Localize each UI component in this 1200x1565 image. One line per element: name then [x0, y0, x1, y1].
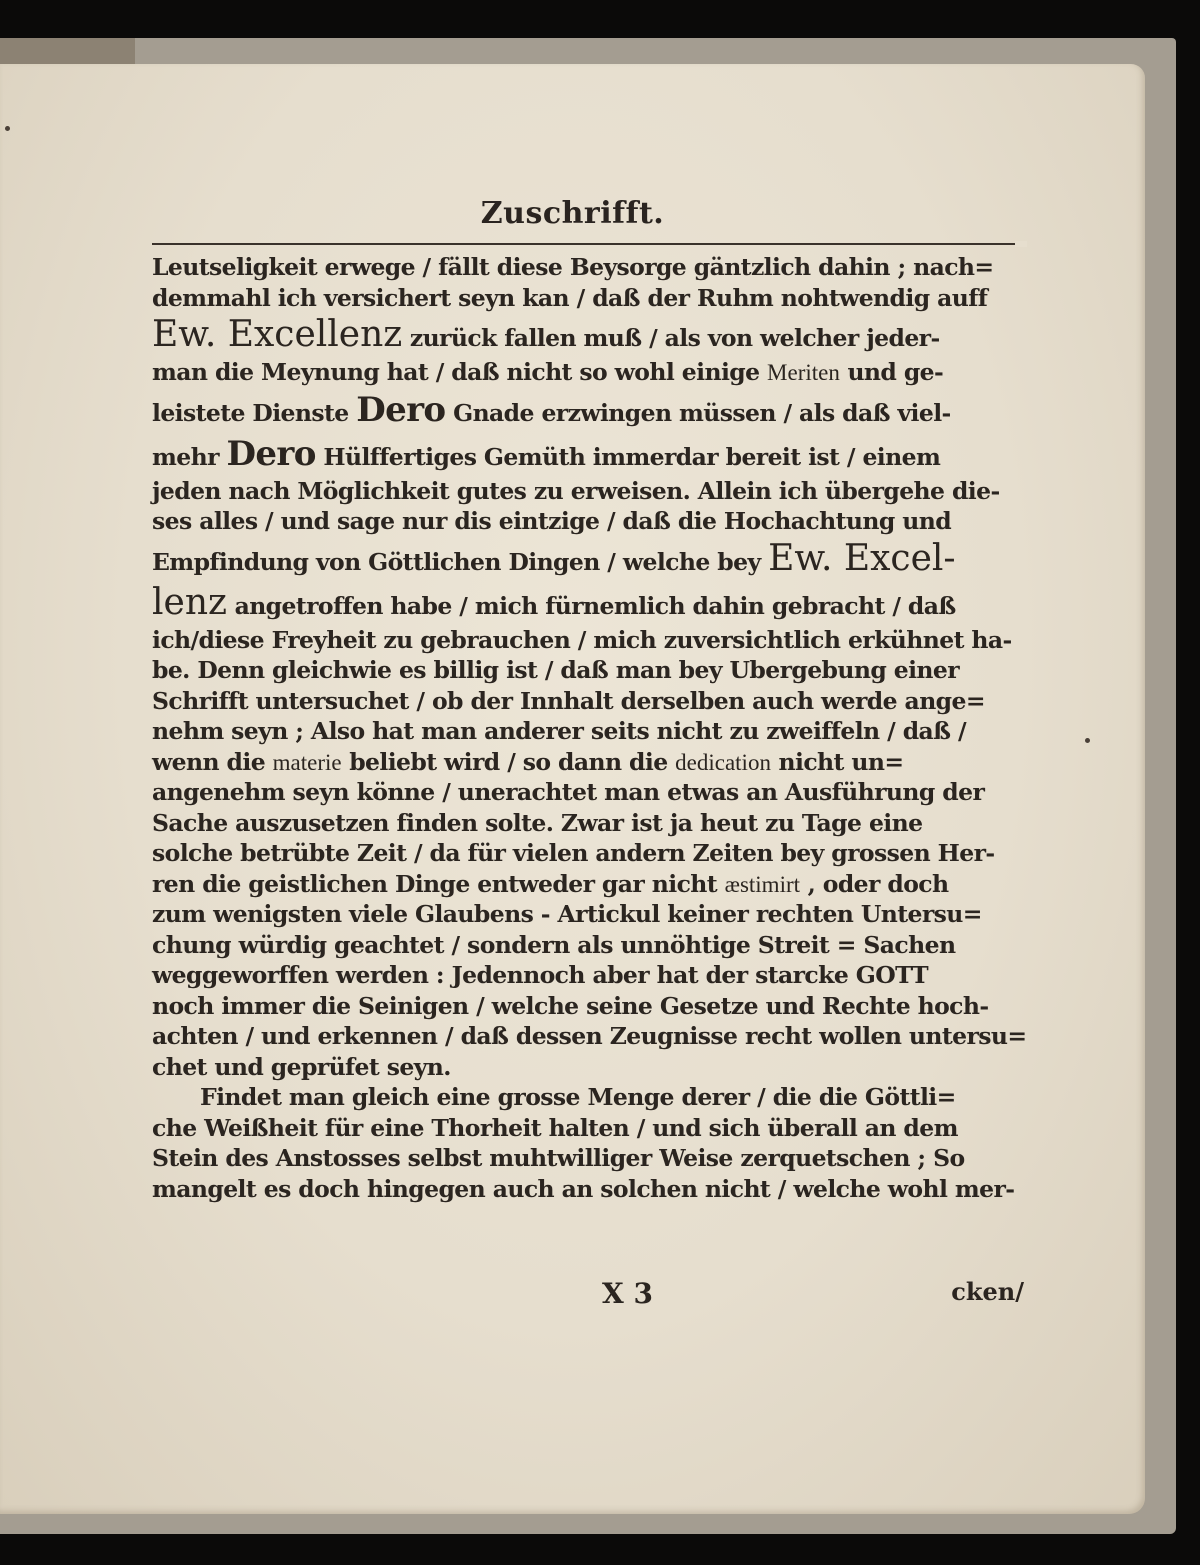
- line-text: Stein des Anstosses selbst muhtwilliger …: [152, 1143, 965, 1174]
- text-line: mangelt es doch hingegen auch an solchen…: [152, 1174, 1024, 1205]
- signature-mark: X 3: [602, 1277, 653, 1310]
- line-text: , oder doch: [800, 870, 948, 898]
- line-text: noch immer die Seinigen / welche seine G…: [152, 991, 989, 1022]
- line-text: Gnade erzwingen müssen / als daß viel-: [446, 399, 951, 427]
- excellenz-title: Ew. Excel-: [768, 538, 955, 579]
- dero-word: Dero: [356, 390, 445, 430]
- line-text: nehm seyn ; Also hat man anderer seits n…: [152, 716, 966, 747]
- text-line: che Weißheit für eine Thorheit halten / …: [152, 1113, 1024, 1144]
- text-line: lenz angetroffen habe / mich fürnemlich …: [152, 581, 1024, 625]
- page-footer: X 3 cken/: [152, 1277, 1024, 1317]
- line-text: solche betrübte Zeit / da für vielen and…: [152, 838, 995, 869]
- text-line: Empfindung von Göttlichen Dingen / welch…: [152, 537, 1024, 581]
- text-line: be. Denn gleichwie es billig ist / daß m…: [152, 655, 1024, 686]
- line-text: be. Denn gleichwie es billig ist / daß m…: [152, 655, 959, 686]
- line-text: mangelt es doch hingegen auch an solchen…: [152, 1174, 1014, 1205]
- text-line: Leutseligkeit erwege / fällt diese Beyso…: [152, 252, 1024, 283]
- text-line: chung würdig geachtet / sondern als unnö…: [152, 930, 1024, 961]
- catchword: cken/: [951, 1277, 1024, 1306]
- text-line: ses alles / und sage nur dis eintzige / …: [152, 506, 1024, 537]
- text-line: mehr Dero Hülffertiges Gemüth immerdar b…: [152, 432, 1024, 476]
- line-text: angenehm seyn könne / unerachtet man etw…: [152, 777, 984, 808]
- line-text: Sache auszusetzen finden solte. Zwar ist…: [152, 808, 922, 839]
- text-line: man die Meynung hat / daß nicht so wohl …: [152, 357, 1024, 388]
- header-rule: [152, 243, 1024, 245]
- line-text: Hülffertiges Gemüth immerdar bereit ist …: [316, 443, 940, 471]
- text-line: Findet man gleich eine grosse Menge dere…: [152, 1082, 1024, 1113]
- ink-speck: [5, 126, 10, 131]
- line-text: Findet man gleich eine grosse Menge dere…: [200, 1082, 956, 1113]
- line-text: demmahl ich versichert seyn kan / daß de…: [152, 283, 987, 314]
- body-text: Leutseligkeit erwege / fällt diese Beyso…: [152, 252, 1024, 1204]
- text-line: ich/diese Freyheit zu gebrauchen / mich …: [152, 625, 1024, 656]
- text-line: jeden nach Möglichkeit gutes zu erweisen…: [152, 476, 1024, 507]
- rule-gap: [1015, 241, 1027, 247]
- line-text: Empfindung von Göttlichen Dingen / welch…: [152, 548, 768, 576]
- excellenz-title: lenz: [152, 582, 227, 623]
- text-line: wenn die materie beliebt wird / so dann …: [152, 747, 1024, 778]
- line-text: angetroffen habe / mich fürnemlich dahin…: [227, 592, 956, 620]
- line-text: leistete Dienste: [152, 399, 356, 427]
- line-text: wenn die: [152, 748, 273, 776]
- text-line: zum wenigsten viele Glaubens - Artickul …: [152, 899, 1024, 930]
- line-text: chet und geprüfet seyn.: [152, 1052, 451, 1083]
- antiqua-word: dedication: [675, 750, 771, 775]
- text-line: Sache auszusetzen finden solte. Zwar ist…: [152, 808, 1024, 839]
- text-line: achten / und erkennen / daß dessen Zeugn…: [152, 1021, 1024, 1052]
- running-head: Zuschrifft.: [0, 196, 1145, 231]
- antiqua-word: materie: [273, 750, 342, 775]
- line-text: zum wenigsten viele Glaubens - Artickul …: [152, 899, 982, 930]
- text-line: angenehm seyn könne / unerachtet man etw…: [152, 777, 1024, 808]
- excellenz-title: Ew. Excellenz: [152, 314, 402, 355]
- antiqua-word: æstimirt: [725, 872, 800, 897]
- dero-word: Dero: [226, 434, 315, 474]
- line-text: nicht un=: [771, 748, 904, 776]
- line-text: zurück fallen muß / als von welcher jede…: [402, 324, 939, 352]
- line-text: Schrifft untersuchet / ob der Innhalt de…: [152, 686, 985, 717]
- text-line: demmahl ich versichert seyn kan / daß de…: [152, 283, 1024, 314]
- text-line: weggeworffen werden : Jedennoch aber hat…: [152, 960, 1024, 991]
- text-line: noch immer die Seinigen / welche seine G…: [152, 991, 1024, 1022]
- text-line: ren die geistlichen Dinge entweder gar n…: [152, 869, 1024, 900]
- line-text: che Weißheit für eine Thorheit halten / …: [152, 1113, 958, 1144]
- line-text: beliebt wird / so dann die: [342, 748, 676, 776]
- line-text: weggeworffen werden : Jedennoch aber hat…: [152, 960, 928, 991]
- text-line: Ew. Excellenz zurück fallen muß / als vo…: [152, 313, 1024, 357]
- text-line: nehm seyn ; Also hat man anderer seits n…: [152, 716, 1024, 747]
- line-text: ich/diese Freyheit zu gebrauchen / mich …: [152, 625, 1012, 656]
- line-text: und ge-: [840, 358, 943, 386]
- line-text: jeden nach Möglichkeit gutes zu erweisen…: [152, 476, 1000, 507]
- ink-speck: [1085, 738, 1090, 743]
- line-text: mehr: [152, 443, 226, 471]
- text-line: leistete Dienste Dero Gnade erzwingen mü…: [152, 388, 1024, 432]
- text-line: Schrifft untersuchet / ob der Innhalt de…: [152, 686, 1024, 717]
- line-text: ren die geistlichen Dinge entweder gar n…: [152, 870, 725, 898]
- text-line: chet und geprüfet seyn.: [152, 1052, 1024, 1083]
- board-edge: [0, 38, 135, 66]
- line-text: achten / und erkennen / daß dessen Zeugn…: [152, 1021, 1026, 1052]
- text-line: Stein des Anstosses selbst muhtwilliger …: [152, 1143, 1024, 1174]
- text-line: solche betrübte Zeit / da für vielen and…: [152, 838, 1024, 869]
- line-text: man die Meynung hat / daß nicht so wohl …: [152, 358, 767, 386]
- line-text: chung würdig geachtet / sondern als unnö…: [152, 930, 955, 961]
- line-text: ses alles / und sage nur dis eintzige / …: [152, 506, 951, 537]
- antiqua-word: Meriten: [767, 360, 840, 385]
- line-text: Leutseligkeit erwege / fällt diese Beyso…: [152, 252, 994, 283]
